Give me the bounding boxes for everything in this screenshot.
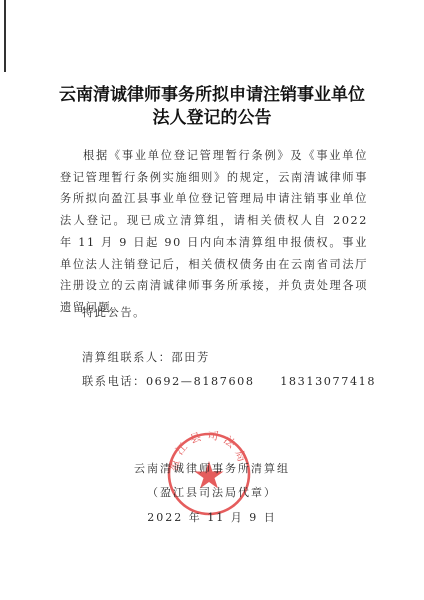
notice-body: 根据《事业单位登记管理暂行条例》及《事业单位登记管理暂行条例实施细则》的规定，云… [60,145,368,319]
body-paragraph: 根据《事业单位登记管理暂行条例》及《事业单位登记管理暂行条例实施细则》的规定，云… [60,145,368,319]
contact-phone: 联系电话：0692—8187608 18313077418 [82,373,376,389]
notice-title-line1: 云南清诚律师事务所拟申请注销事业单位 [0,80,424,105]
contact-person: 清算组联系人：邵田芳 [82,349,210,365]
signature-proxy: （盈江县司法局代章） [0,484,424,500]
signature-org: 云南清诚律师事务所清算组 [0,460,424,476]
closing-text: 特此公告。 [82,304,146,320]
scan-edge-line [4,0,6,72]
signature-date: 2022 年 11 月 9 日 [0,509,424,525]
notice-title-line2: 法人登记的公告 [0,103,424,128]
